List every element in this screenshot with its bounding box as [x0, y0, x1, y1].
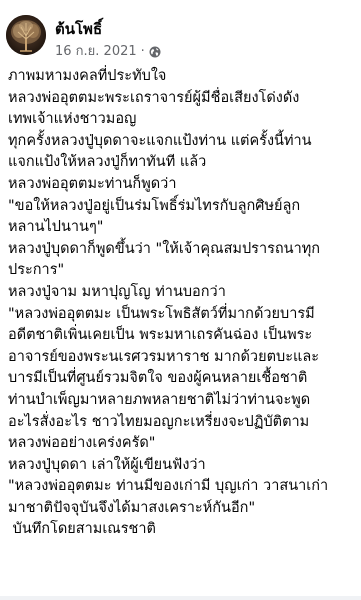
post-line: หลวงปู่บุดดาก็พูดขึ้นว่า "ให้เจ้าคุณสมปร…	[8, 239, 358, 261]
post-line: เทพเจ้าแห่งชาวมอญ	[8, 109, 358, 131]
post-divider	[0, 596, 361, 600]
post-meta: 16 ก.ย. 2021 ·	[55, 44, 161, 60]
post-line: หลวงพ่ออย่างเคร่งครัด"	[8, 433, 358, 455]
post-line: แจกแป้งให้หลวงปู่ก็ทาทันที แล้ว	[8, 152, 358, 174]
post-line: หลานไปนานๆ"	[8, 217, 358, 239]
post-line: ภาพมหามงคลที่ประทับใจ	[8, 66, 358, 88]
post-line: บันทึกโดยสามเณรชาติ	[8, 519, 358, 541]
globe-icon	[149, 46, 161, 58]
avatar[interactable]	[6, 15, 46, 55]
post-date[interactable]: 16 ก.ย. 2021	[55, 44, 137, 60]
post-line: มาชาติปัจจุบันจึงได้มาสงเคราะห์กันอีก"	[8, 498, 358, 520]
bodhi-tree-icon	[6, 15, 46, 55]
post-line: หลวงปู่จาม มหาปุญโญ ท่านบอกว่า	[8, 282, 358, 304]
author-name[interactable]: ต้นโพธิ์	[55, 20, 102, 38]
post-line: "หลวงพ่ออุตตมะ ท่านมีของเก่ามี บุญเก่า ว…	[8, 476, 358, 498]
post-line: ท่านบำเพ็ญมาหลายภพหลายชาติไม่ว่าท่านจะพู…	[8, 390, 358, 412]
post-line: "หลวงพ่ออุตตมะ เป็นพระโพธิสัตว์ที่มากด้ว…	[8, 304, 358, 326]
post-line: ทุกครั้งหลวงปู่บุดดาจะแจกแป้งท่าน แต่ครั…	[8, 131, 358, 153]
post-line: หลวงพ่ออุตตมะพระเถราจารย์ผู้มีชื่อเสียงโ…	[8, 88, 358, 110]
post-line: "ขอให้หลวงปู่อยู่เป็นร่มโพธิ์ร่มไทรกับลู…	[8, 196, 358, 218]
post-line: อดีตชาติเพิ่นเคยเป็น พระมหาเถรคันฉ่อง เป…	[8, 325, 358, 347]
post-line: หลวงปู่บุดดา เล่าให้ผู้เขียนฟังว่า	[8, 455, 358, 477]
post-line: หลวงพ่ออุตตมะท่านก็พูดว่า	[8, 174, 358, 196]
post-header: ต้นโพธิ์ 16 ก.ย. 2021 ·	[0, 0, 361, 64]
meta-separator: ·	[141, 44, 145, 60]
post-line: อะไรสั่งอะไร ชาวไทยมอญกะเหรี่ยงจะปฏิบัติ…	[8, 412, 358, 434]
post-line: บารมีเป็นที่ศูนย์รวมจิตใจ ของผู้คนหลายเช…	[8, 368, 358, 390]
post-line: อาจารย์ของพระนเรศวรมหาราช มากด้วยตบะและ	[8, 347, 358, 369]
post-body: ภาพมหามงคลที่ประทับใจ หลวงพ่ออุตตมะพระเถ…	[8, 66, 358, 541]
post-line: ประการ"	[8, 260, 358, 282]
